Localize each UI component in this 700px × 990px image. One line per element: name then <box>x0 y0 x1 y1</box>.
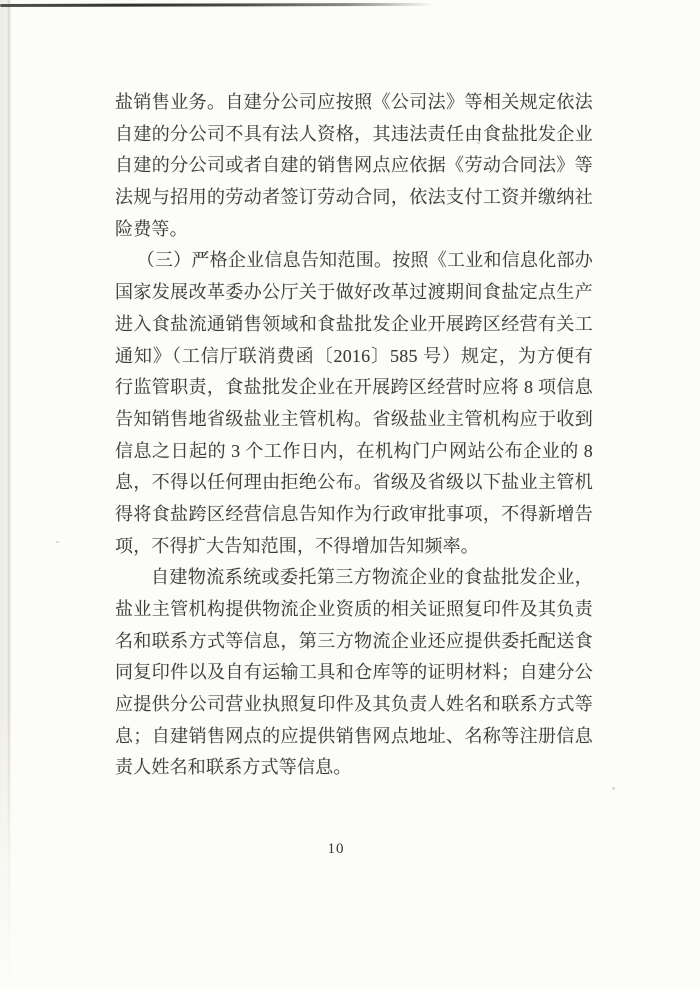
text-line: 告知销售地省级盐业主管机构。省级盐业主管机构应于收到告知 <box>115 404 593 436</box>
text-line: 盐销售业务。自建分公司应按照《公司法》等相关规定依法设立； <box>115 87 593 119</box>
scanned-document-page: 盐销售业务。自建分公司应按照《公司法》等相关规定依法设立； 自建的分公司不具有法… <box>0 0 700 990</box>
text-line: 项，不得扩大告知范围，不得增加告知频率。 <box>115 531 593 563</box>
text-line: （三）严格企业信息告知范围。按照《工业和信息化部办公厅 <box>115 245 593 277</box>
text-line: 法规与招用的劳动者签订劳动合同，依法支付工资并缴纳社会保 <box>115 182 593 214</box>
scan-speck <box>477 142 480 144</box>
text-line: 自建的分公司不具有法人资格，其违法责任由食盐批发企业承担。 <box>115 119 593 151</box>
scan-speck <box>612 787 615 790</box>
document-body-text: 盐销售业务。自建分公司应按照《公司法》等相关规定依法设立； 自建的分公司不具有法… <box>115 87 593 784</box>
text-line: 信息之日起的 3 个工作日内，在机构门户网站公布企业的 8 项信 <box>115 436 593 468</box>
page-number: 10 <box>0 841 672 858</box>
text-line: 自建的分公司或者自建的销售网点应依据《劳动合同法》等法律 <box>115 150 593 182</box>
text-line: 国家发展改革委办公厅关于做好改革过渡期间食盐定点生产企业 <box>115 277 593 309</box>
text-line: 责人姓名和联系方式等信息。 <box>115 752 593 784</box>
text-line: 得将食盐跨区经营信息告知作为行政审批事项，不得新增告知事 <box>115 499 593 531</box>
text-line: 息；自建销售网点的应提供销售网点地址、名称等注册信息及其负 <box>115 721 593 753</box>
text-line: 通知》（工信厅联消费函〔2016〕585 号）规定，为方便有关部门履 <box>115 341 593 373</box>
text-line: 自建物流系统或委托第三方物流企业的食盐批发企业，应向 <box>115 562 593 594</box>
text-line: 险费等。 <box>115 214 593 246</box>
text-line: 行监管职责，食盐批发企业在开展跨区经营时应将 8 项信息主动 <box>115 372 593 404</box>
text-line: 盐业主管机构提供物流企业资质的相关证照复印件及其负责人姓 <box>115 594 593 626</box>
text-line: 名和联系方式等信息，第三方物流企业还应提供委托配送食盐合 <box>115 626 593 658</box>
text-line: 息，不得以任何理由拒绝公布。省级及省级以下盐业主管机构不 <box>115 467 593 499</box>
text-line: 应提供分公司营业执照复印件及其负责人姓名和联系方式等信 <box>115 689 593 721</box>
text-line: 进入食盐流通销售领域和食盐批发企业开展跨区经营有关工作的 <box>115 309 593 341</box>
scan-top-edge-line <box>0 3 434 7</box>
text-line: 同复印件以及自有运输工具和仓库等的证明材料；自建分公司的 <box>115 657 593 689</box>
scan-speck <box>56 541 59 543</box>
